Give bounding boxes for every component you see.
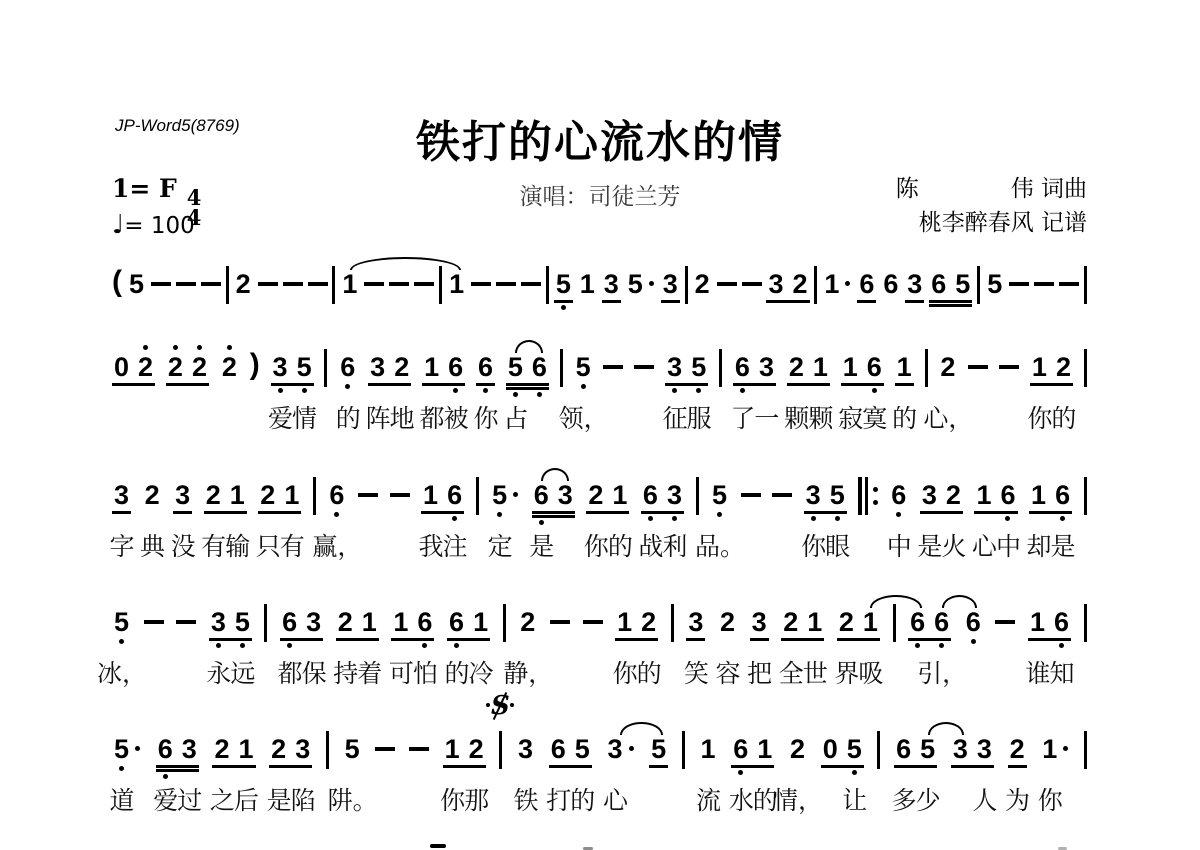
- note: 3: [604, 270, 619, 298]
- note-digit: 5: [575, 734, 590, 764]
- note: 6: [931, 270, 946, 298]
- beam-group: 2: [220, 353, 239, 381]
- note: 2: [222, 353, 237, 381]
- lyric: 中: [996, 527, 1021, 563]
- note: 2火: [946, 481, 961, 509]
- note-digit: 2: [469, 734, 484, 764]
- beam-group: 22: [166, 353, 209, 381]
- note-digit: 2: [168, 352, 183, 382]
- beam-group: 1: [340, 270, 359, 298]
- octave-dot-below: [738, 770, 743, 775]
- note-digit: 2: [695, 269, 710, 299]
- note: 1吸: [863, 608, 878, 636]
- note: 1却: [1031, 481, 1046, 509]
- beam-group: 2: [693, 270, 712, 298]
- octave-dot-below: [454, 643, 459, 648]
- note-digit: 5: [576, 352, 591, 382]
- note: 1: [824, 270, 850, 298]
- note-digit: 6: [158, 734, 173, 764]
- beam-group: 3笑: [686, 608, 705, 636]
- duration-dash: [364, 282, 384, 286]
- lyric: 把: [747, 654, 772, 690]
- augmentation-dot: [513, 492, 518, 497]
- system-1: (5211513532321663655: [112, 270, 1087, 353]
- note-digit: 6: [910, 607, 925, 637]
- note: 2是: [271, 735, 286, 763]
- beam-group: 1: [578, 270, 597, 298]
- note-digit: 5: [114, 734, 129, 764]
- note: 2心，: [940, 353, 955, 381]
- beam-group: 6多5少: [894, 735, 937, 763]
- augmentation-dot: [1063, 746, 1068, 751]
- note-digit: 1: [897, 352, 912, 382]
- beam-group: 6了3一: [733, 353, 776, 381]
- lyric: 全: [779, 654, 804, 690]
- octave-dot-below: [422, 643, 427, 648]
- note: 2颗: [789, 353, 804, 381]
- note-digit: 6: [735, 352, 750, 382]
- note: 6: [966, 608, 981, 636]
- note: 6的: [340, 353, 355, 381]
- lyric: 的: [1051, 399, 1076, 435]
- note: 3字: [114, 481, 129, 509]
- note-digit: 3: [953, 734, 968, 764]
- barline: [814, 266, 817, 304]
- note-digit: 1: [1031, 480, 1046, 510]
- note: 3过: [182, 735, 197, 763]
- note: 2: [695, 270, 710, 298]
- lyric: 我: [419, 527, 444, 563]
- note: 6你: [478, 353, 493, 381]
- note-digit: 6: [733, 734, 748, 764]
- note-digit: 5: [492, 480, 507, 510]
- note-digit: 1: [230, 480, 245, 510]
- beam-group: 33人: [951, 735, 994, 763]
- note: 5: [955, 270, 970, 298]
- lyric: 远: [230, 654, 255, 690]
- beam-group: 5占6: [506, 353, 549, 381]
- lyric: 永: [206, 654, 231, 690]
- beam-group: 6是3: [532, 481, 575, 509]
- note-digit: 2: [792, 269, 807, 299]
- octave-dot-below: [334, 512, 339, 517]
- duration-dash: [144, 620, 164, 624]
- note-digit: 1: [701, 734, 716, 764]
- beam-group: 3是2火: [920, 481, 963, 509]
- system-5: 5道6爱3过2之1后2是3陷5阱。1你2那S3铁6打5的3心51流6水1的2情，…: [112, 735, 1087, 845]
- note-digit: 2: [641, 607, 656, 637]
- barline: [685, 266, 688, 304]
- note: 5情: [297, 353, 312, 381]
- note: 5冰，: [114, 608, 129, 636]
- lyric: 颗: [784, 399, 809, 435]
- barline: S: [499, 731, 502, 769]
- lyric: 火: [941, 527, 966, 563]
- note-digit: 2: [260, 480, 275, 510]
- beam-group: 5: [649, 735, 668, 763]
- beam-group: 3永5远: [209, 608, 252, 636]
- note: 3爱: [273, 353, 288, 381]
- beam-group: 1寂6寞: [841, 353, 884, 381]
- duration-dash: [968, 365, 988, 369]
- note: 2: [168, 353, 183, 381]
- note-digit: 2: [588, 480, 603, 510]
- lyric: 都: [278, 654, 303, 690]
- lyric: 知: [1050, 654, 1075, 690]
- segno-dot: [486, 703, 490, 707]
- beam-group: 5: [985, 270, 1004, 298]
- beam-group: 5道: [112, 735, 142, 763]
- beam-group: 6的1冷: [447, 608, 490, 636]
- note: 3: [558, 481, 573, 509]
- note: 6: [859, 270, 874, 298]
- note: 5领，: [576, 353, 591, 381]
- note: 1: [580, 270, 595, 298]
- note-digit: 6: [551, 734, 566, 764]
- note: 1着: [362, 608, 377, 636]
- note: 3: [663, 270, 678, 298]
- lyric: 你: [1038, 781, 1063, 817]
- lyric: 界: [834, 654, 859, 690]
- duration-dash: [772, 493, 792, 497]
- note-digit: 1: [617, 607, 632, 637]
- note: 1有: [284, 481, 299, 509]
- note: 6怕: [417, 608, 432, 636]
- octave-dot-above: [173, 345, 178, 350]
- note: 6多: [896, 735, 911, 763]
- beam-group: 1: [447, 270, 466, 298]
- note-digit: 0: [114, 352, 129, 382]
- beam-group: 05让: [821, 735, 864, 763]
- note: 3陷: [295, 735, 310, 763]
- lyric: 输: [225, 527, 250, 563]
- note-digit: 1: [362, 607, 377, 637]
- parenthesis: ): [250, 351, 260, 379]
- note-digit: 6: [340, 352, 355, 382]
- note: 1冷: [473, 608, 488, 636]
- score: (521151353232166365502222)3爱5情6的3阵2地1都6被…: [112, 270, 1087, 845]
- note: 3是: [922, 481, 937, 509]
- note: 3把: [752, 608, 767, 636]
- beam-group: 3: [661, 270, 680, 298]
- duration-dash: [201, 282, 221, 286]
- beam-group: 3: [905, 270, 924, 298]
- note: 6注: [447, 481, 462, 509]
- note: 6中: [891, 481, 906, 509]
- duration-dash: [389, 282, 409, 286]
- note: 2有: [206, 481, 221, 509]
- beam-group: 02: [112, 353, 155, 381]
- lyric: 让: [842, 781, 867, 817]
- note: 6: [910, 608, 925, 636]
- note-digit: 6: [1055, 480, 1070, 510]
- beam-group: 2你1的: [586, 481, 629, 509]
- note-digit: 6: [417, 607, 432, 637]
- note: 6爱: [158, 735, 173, 763]
- duration-dash: [995, 620, 1015, 624]
- lyric: 是: [529, 527, 554, 563]
- tempo-value: = 100: [124, 213, 194, 239]
- beam-group: 2静，: [518, 608, 537, 636]
- octave-dot-below: [971, 639, 976, 644]
- octave-dot-below: [345, 384, 350, 389]
- note-digit: 2: [789, 352, 804, 382]
- note-digit: 2: [394, 352, 409, 382]
- note-digit: 5: [955, 269, 970, 299]
- duration-dash: [176, 282, 196, 286]
- note-digit: 2: [236, 269, 251, 299]
- note: 1颗: [813, 353, 828, 381]
- lyric: 人: [972, 781, 997, 817]
- note-digit: 2: [222, 352, 237, 382]
- note-digit: 3: [175, 480, 190, 510]
- beam-group: 66引，: [908, 608, 951, 636]
- duration-dash: [634, 365, 654, 369]
- lyric: 心: [603, 781, 628, 817]
- note: 2: [138, 353, 153, 381]
- note: 5的: [575, 735, 590, 763]
- beam-group: 2心，: [938, 353, 957, 381]
- octave-dot-below: [287, 643, 292, 648]
- note: 1你: [445, 735, 460, 763]
- note: 6水: [733, 735, 748, 763]
- note: 6战: [643, 481, 658, 509]
- beam-group: 1你: [1040, 735, 1070, 763]
- note-digit: 3: [759, 352, 774, 382]
- note-digit: 1: [843, 352, 858, 382]
- note-digit: 1: [612, 480, 627, 510]
- system-2: 02222)3爱5情6的3阵2地1都6被6你5占65领，3征5服6了3一2颗1颗…: [112, 353, 1087, 481]
- beam-group: 6中: [889, 481, 908, 509]
- note: 3保: [306, 608, 321, 636]
- beam-group: 2全1世: [781, 608, 824, 636]
- note-digit: 3: [607, 734, 622, 764]
- octave-dot-below: [216, 643, 221, 648]
- note: 1: [449, 270, 464, 298]
- note: 2全: [783, 608, 798, 636]
- beam-group: 6: [964, 608, 983, 636]
- barline: [313, 477, 316, 515]
- octave-dot-below: [811, 516, 816, 521]
- duration-dash: [1059, 282, 1079, 286]
- beam-group: 6你: [476, 353, 495, 381]
- barline: [324, 349, 327, 387]
- note: 1: [342, 270, 357, 298]
- lyric: 眼: [825, 527, 850, 563]
- note: 3: [768, 270, 783, 298]
- beam-group: 5: [127, 270, 146, 298]
- beam-group: 1谁6知: [1028, 608, 1071, 636]
- note: 1输: [230, 481, 245, 509]
- note-digit: 2: [783, 607, 798, 637]
- note-digit: 5: [508, 352, 523, 382]
- lyric: 引，: [917, 654, 967, 690]
- beam-group: 3没: [173, 481, 192, 509]
- lyric: 心: [972, 527, 997, 563]
- lyric: 爱: [268, 399, 293, 435]
- note: 2典: [145, 481, 160, 509]
- duration-dash: [375, 747, 395, 751]
- beam-group: 6赢，: [327, 481, 346, 509]
- note-digit: 3: [667, 480, 682, 510]
- note: 3阵: [370, 353, 385, 381]
- lyric: 你: [473, 399, 498, 435]
- octave-dot-below: [497, 512, 502, 517]
- quarter-note-icon: ♩: [112, 210, 124, 240]
- note-digit: 5: [987, 269, 1002, 299]
- octave-dot-below: [539, 520, 544, 525]
- octave-dot-below: [852, 770, 857, 775]
- tie-arc: [350, 257, 461, 270]
- credit-lyrics-music: 陈 伟 词曲: [896, 172, 1087, 206]
- lyric: 被: [444, 399, 469, 435]
- barline: [226, 266, 229, 304]
- lyric: 流: [696, 781, 721, 817]
- note-digit: 3: [768, 269, 783, 299]
- beam-group: 3把: [750, 608, 769, 636]
- octave-dot-below: [648, 516, 653, 521]
- note-digit: 3: [114, 480, 129, 510]
- note: 6了: [735, 353, 750, 381]
- repeat-start-barline: [858, 477, 878, 515]
- octave-dot-below: [717, 512, 722, 517]
- lyric: 多: [892, 781, 917, 817]
- note: 2持: [338, 608, 353, 636]
- lyric: 你: [440, 781, 465, 817]
- beam-group: 6的: [338, 353, 357, 381]
- beam-group: 3字: [112, 481, 131, 509]
- lyric: 阱。: [328, 781, 378, 817]
- note: 6打: [551, 735, 566, 763]
- note-digit: 3: [977, 734, 992, 764]
- note-digit: 6: [966, 607, 981, 637]
- note: 1谁: [1030, 608, 1045, 636]
- note: 2界: [839, 608, 854, 636]
- note-digit: 1: [813, 352, 828, 382]
- note: 6引，: [934, 608, 949, 636]
- lyric: 只: [256, 527, 281, 563]
- lyric: 赢，: [312, 527, 362, 563]
- barline: [1084, 731, 1087, 769]
- lyric: 情，: [773, 781, 823, 817]
- note: 1心: [976, 481, 991, 509]
- note-digit: 3: [518, 734, 533, 764]
- note-digit: 2: [790, 734, 805, 764]
- beam-group: 6爱3过: [156, 735, 199, 763]
- note-digit: 6: [643, 480, 658, 510]
- beam-group: 1你2的: [615, 608, 658, 636]
- note-digit: 6: [934, 607, 949, 637]
- note: 2之: [214, 735, 229, 763]
- lyric: 阵: [366, 399, 391, 435]
- note-digit: 1: [807, 607, 822, 637]
- note-digit: 5: [556, 269, 571, 299]
- beam-group: 2持1着: [336, 608, 379, 636]
- lyric: 是: [267, 781, 292, 817]
- lyric: 着: [357, 654, 382, 690]
- note: 5: [129, 270, 144, 298]
- lyric: 那: [464, 781, 489, 817]
- note-digit: 5: [691, 352, 706, 382]
- note-digit: 5: [651, 734, 666, 764]
- note: 2: [236, 270, 251, 298]
- system-3: 3字2典3没2有1输2只1有6赢，1我6注5定6是32你1的6战3利5品。3你5…: [112, 481, 1087, 608]
- note: 6中: [1000, 481, 1015, 509]
- lyric: 可: [389, 654, 414, 690]
- note: 3: [953, 735, 968, 763]
- note: 5远: [235, 608, 250, 636]
- octave-dot-below: [513, 392, 518, 397]
- note: 6是: [1055, 481, 1070, 509]
- beam-group: 6都3保: [280, 608, 323, 636]
- lyric: 都: [420, 399, 445, 435]
- note-digit: 6: [448, 352, 463, 382]
- lyric: 是: [1051, 527, 1076, 563]
- repeat-dot: [873, 487, 878, 492]
- lyric: 持: [333, 654, 358, 690]
- lyric: 寂: [838, 399, 863, 435]
- lyric: 静，: [503, 654, 553, 690]
- note: 5品。: [712, 481, 727, 509]
- octave-dot-below: [453, 388, 458, 393]
- note-digit: 1: [757, 734, 772, 764]
- note-digit: 2: [214, 734, 229, 764]
- octave-dot-below: [302, 388, 307, 393]
- octave-dot-below: [740, 388, 745, 393]
- note-digit: 6: [1000, 480, 1015, 510]
- note-digit: 2: [192, 352, 207, 382]
- octave-dot-below: [483, 388, 488, 393]
- barline: [1084, 266, 1087, 304]
- octave-dot-below: [896, 512, 901, 517]
- note-digit: 1: [393, 607, 408, 637]
- note-digit: 2: [1010, 734, 1025, 764]
- note: 2你: [588, 481, 603, 509]
- lyric: 打: [546, 781, 571, 817]
- note-digit: 6: [447, 480, 462, 510]
- note-digit: 2: [720, 607, 735, 637]
- octave-dot-below: [939, 643, 944, 648]
- note-digit: 5: [345, 734, 360, 764]
- lyric: 定: [488, 527, 513, 563]
- note-digit: 1: [1042, 734, 1057, 764]
- note: 1你: [1032, 353, 1047, 381]
- augmentation-dot: [649, 281, 654, 286]
- beam-group: 5定: [490, 481, 520, 509]
- note: 6赢，: [329, 481, 344, 509]
- segno-icon: S: [490, 691, 510, 723]
- note-digit: 1: [445, 734, 460, 764]
- note: 2为: [1010, 735, 1025, 763]
- duration-dash: [583, 620, 603, 624]
- lyric: 品。: [695, 527, 745, 563]
- note-digit: 1: [423, 480, 438, 510]
- note-digit: 2: [520, 607, 535, 637]
- lyric: 有: [280, 527, 305, 563]
- note-digit: 2: [338, 607, 353, 637]
- note-digit: 6: [883, 269, 898, 299]
- note: 6的: [449, 608, 464, 636]
- duration-dash: [176, 620, 196, 624]
- duration-dash: [414, 282, 434, 286]
- lyric: 吸: [858, 654, 883, 690]
- lyric: 注: [443, 527, 468, 563]
- octave-dot-below: [872, 388, 877, 393]
- lyric: 典: [140, 527, 165, 563]
- lyric: 陷: [291, 781, 316, 817]
- barline: [1084, 477, 1087, 515]
- lyric: 笑: [684, 654, 709, 690]
